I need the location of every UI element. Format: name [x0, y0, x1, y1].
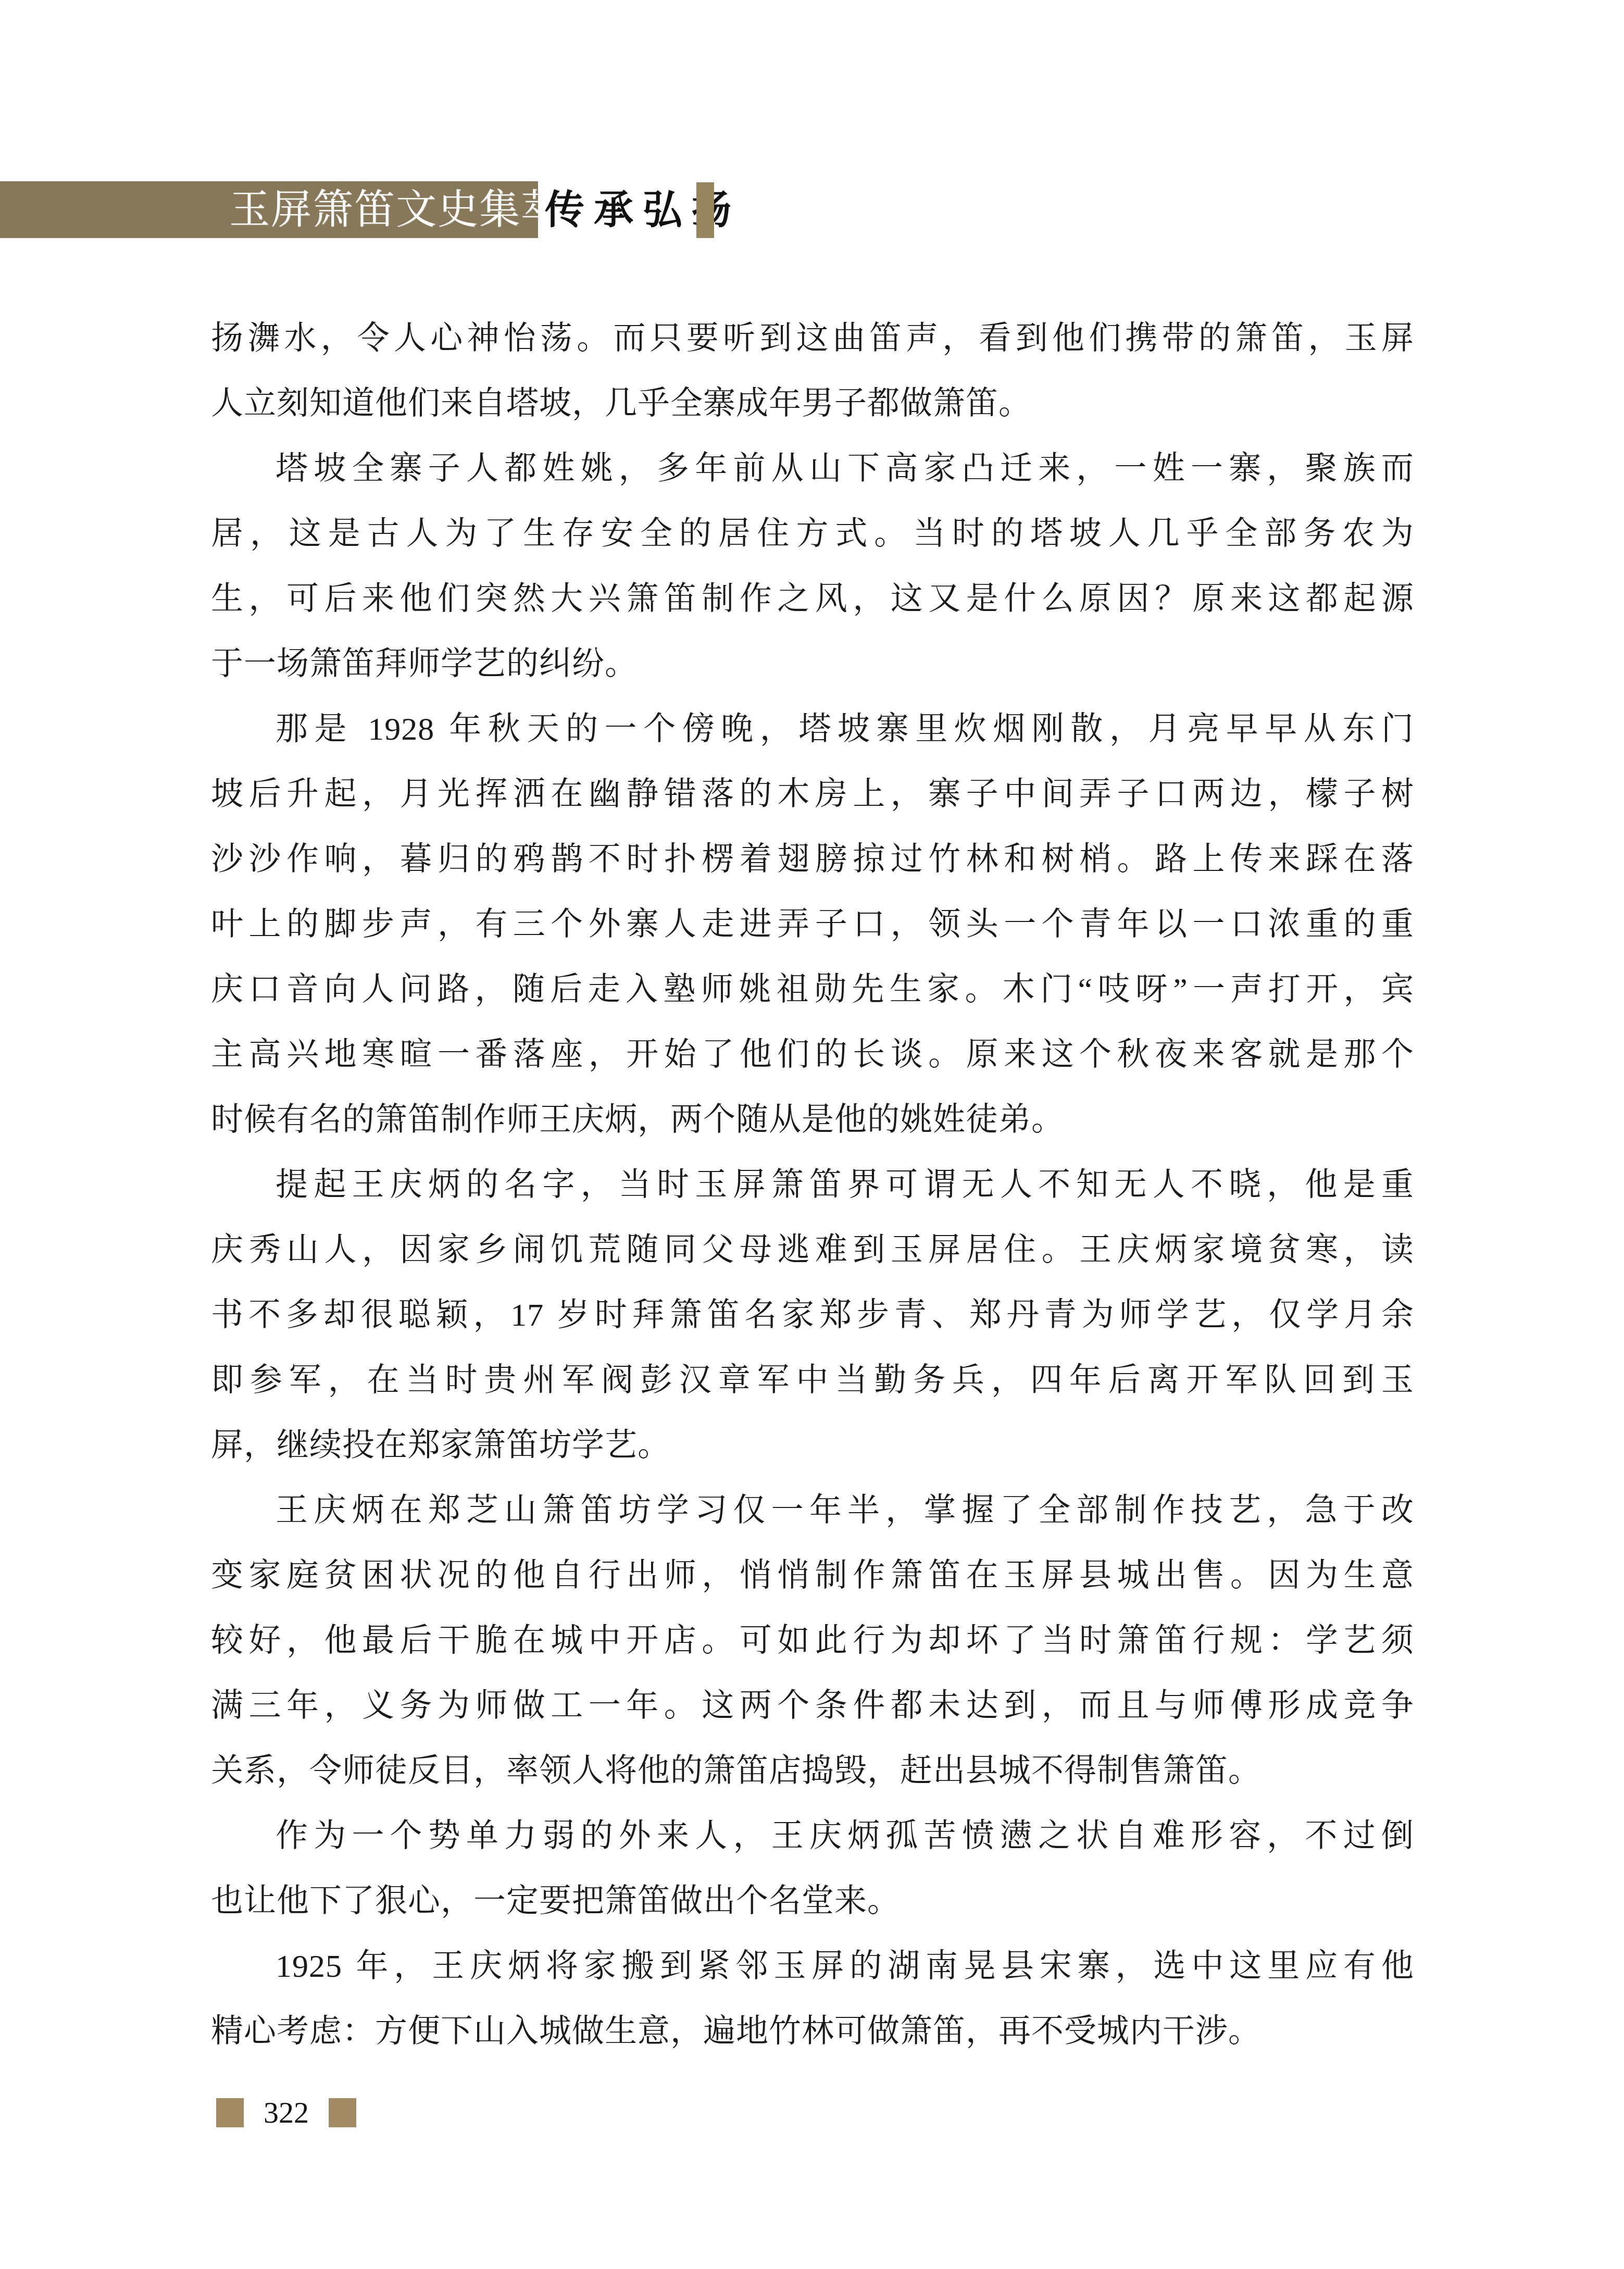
footer-accent-square-right — [329, 2098, 356, 2127]
text-line: 主高兴地寒暄一番落座，开始了他们的长谈。原来这个秋夜来客就是那个 — [211, 1023, 1414, 1088]
text-line: 于一场箫笛拜师学艺的纠纷。 — [211, 632, 1414, 697]
text-line: 王庆炳在郑芝山箫笛坊学习仅一年半，掌握了全部制作技艺，急于改 — [211, 1478, 1414, 1543]
text-line: 坡后升起，月光挥洒在幽静错落的木房上，寨子中间弄子口两边，檬子树 — [211, 762, 1414, 827]
text-line: 屏，继续投在郑家箫笛坊学艺。 — [211, 1413, 1414, 1478]
text-line: 沙沙作响，暮归的鸦鹊不时扑楞着翅膀掠过竹林和树梢。路上传来踩在落 — [211, 827, 1414, 892]
text-line: 扬㵲水，令人心神怡荡。而只要听到这曲笛声，看到他们携带的箫笛，玉屏 — [211, 306, 1414, 371]
text-line: 时候有名的箫笛制作师王庆炳，两个随从是他的姚姓徒弟。 — [211, 1088, 1414, 1153]
text-line: 即参军，在当时贵州军阀彭汉章军中当勤务兵，四年后离开军队回到玉 — [211, 1348, 1414, 1413]
text-line: 较好，他最后干脆在城中开店。可如此行为却坏了当时箫笛行规：学艺须 — [211, 1609, 1414, 1674]
body-text: 扬㵲水，令人心神怡荡。而只要听到这曲笛声，看到他们携带的箫笛，玉屏人立刻知道他们… — [211, 306, 1414, 2064]
header-accent-square — [696, 182, 714, 238]
text-line: 作为一个势单力弱的外来人，王庆炳孤苦愤懑之状自难形容，不过倒 — [211, 1804, 1414, 1869]
page-footer: 322 — [216, 2098, 356, 2128]
text-line: 1925 年，王庆炳将家搬到紧邻玉屏的湖南晃县宋寨，选中这里应有他 — [211, 1934, 1414, 1999]
text-line: 庆口音向人问路，随后走入塾师姚祖勋先生家。木门“吱呀”一声打开，宾 — [211, 957, 1414, 1023]
text-line: 也让他下了狠心，一定要把箫笛做出个名堂来。 — [211, 1869, 1414, 1934]
text-line: 塔坡全寨子人都姓姚，多年前从山下高家凸迁来，一姓一寨，聚族而 — [211, 437, 1414, 502]
text-line: 提起王庆炳的名字，当时玉屏箫笛界可谓无人不知无人不晓，他是重 — [211, 1153, 1414, 1218]
text-line: 满三年，义务为师做工一年。这两个条件都未达到，而且与师傅形成竞争 — [211, 1674, 1414, 1739]
header-banner: 玉屏箫笛文史集萃 — [0, 181, 538, 238]
text-line: 庆秀山人，因家乡闹饥荒随同父母逃难到玉屏居住。王庆炳家境贫寒，读 — [211, 1218, 1414, 1283]
text-line: 居，这是古人为了生存安全的居住方式。当时的塔坡人几乎全部务农为 — [211, 502, 1414, 567]
text-line: 人立刻知道他们来自塔坡，几乎全寨成年男子都做箫笛。 — [211, 371, 1414, 437]
text-line: 书不多却很聪颖，17 岁时拜箫笛名家郑步青、郑丹青为师学艺，仅学月余 — [211, 1283, 1414, 1348]
page-number: 322 — [264, 2098, 309, 2128]
text-line: 精心考虑：方便下山入城做生意，遍地竹林可做箫笛，再不受城内干涉。 — [211, 1999, 1414, 2064]
text-line: 关系，令师徒反目，率领人将他的箫笛店捣毁，赶出县城不得制售箫笛。 — [211, 1739, 1414, 1804]
banner-calligraphy-title: 玉屏箫笛文史集萃 — [229, 181, 521, 238]
document-page: 玉屏箫笛文史集萃 传承弘扬 扬㵲水，令人心神怡荡。而只要听到这曲笛声，看到他们携… — [0, 0, 1624, 2269]
text-line: 那是 1928 年秋天的一个傍晚，塔坡寨里炊烟刚散，月亮早早从东门 — [211, 697, 1414, 762]
text-line: 变家庭贫困状况的他自行出师，悄悄制作箫笛在玉屏县城出售。因为生意 — [211, 1543, 1414, 1609]
footer-accent-square-left — [216, 2098, 244, 2127]
text-line: 叶上的脚步声，有三个外寨人走进弄子口，领头一个青年以一口浓重的重 — [211, 892, 1414, 957]
text-line: 生，可后来他们突然大兴箫笛制作之风，这又是什么原因？原来这都起源 — [211, 567, 1414, 632]
